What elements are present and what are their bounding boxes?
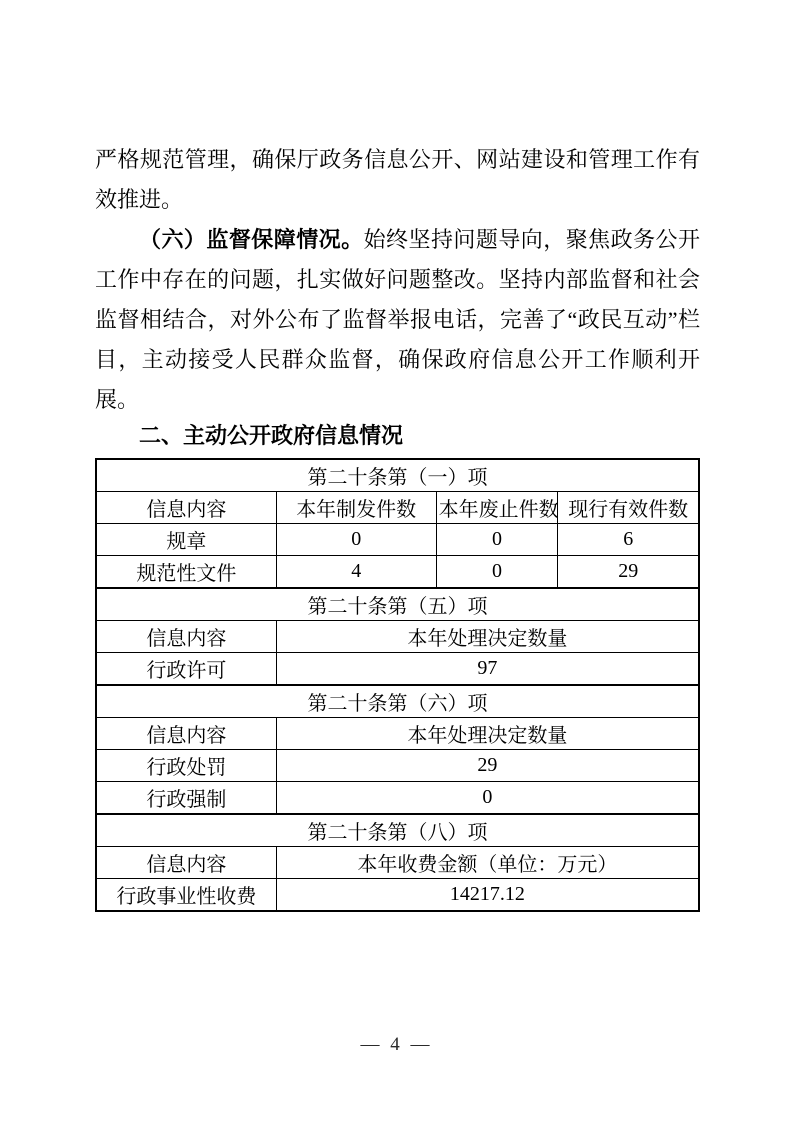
table-cell: 6: [558, 524, 699, 556]
table-cell: 4: [276, 556, 436, 589]
table-row: 信息内容 本年处理决定数量: [96, 621, 699, 653]
table-row: 第二十条第（六）项: [96, 685, 699, 718]
table-header-cell: 本年处理决定数量: [276, 621, 699, 653]
table-cell: 行政强制: [96, 782, 276, 815]
table-header-cell: 本年收费金额（单位：万元）: [276, 847, 699, 879]
table-header-cell: 信息内容: [96, 621, 276, 653]
table-cell: 规范性文件: [96, 556, 276, 589]
table-header-cell: 信息内容: [96, 847, 276, 879]
table-row: 第二十条第（八）项: [96, 814, 699, 847]
document-body: 严格规范管理，确保厅政务信息公开、网站建设和管理工作有效推进。 （六）监督保障情…: [95, 140, 700, 912]
table-section-title: 第二十条第（一）项: [96, 459, 699, 492]
table-cell: 29: [276, 750, 699, 782]
table-row: 行政处罚 29: [96, 750, 699, 782]
table-row: 信息内容 本年收费金额（单位：万元）: [96, 847, 699, 879]
table-cell: 29: [558, 556, 699, 589]
table-header-cell: 本年制发件数: [276, 492, 436, 524]
table-cell: 行政处罚: [96, 750, 276, 782]
table-row: 行政强制 0: [96, 782, 699, 815]
paragraph-text: 始终坚持问题导向，聚焦政务公开工作中存在的问题，扎实做好问题整改。坚持内部监督和…: [95, 227, 700, 412]
table-header-cell: 信息内容: [96, 718, 276, 750]
table-row: 第二十条第（一）项: [96, 459, 699, 492]
table-cell: 14217.12: [276, 879, 699, 912]
table-row: 规章 0 0 6: [96, 524, 699, 556]
table-cell: 97: [276, 653, 699, 686]
table-section-title: 第二十条第（五）项: [96, 588, 699, 621]
body-paragraph-continuation: 严格规范管理，确保厅政务信息公开、网站建设和管理工作有效推进。: [95, 140, 700, 220]
table-cell: 0: [276, 782, 699, 815]
table-cell: 行政许可: [96, 653, 276, 686]
table-cell: 行政事业性收费: [96, 879, 276, 912]
page-number: — 4 —: [0, 1034, 793, 1056]
table-header-cell: 本年废止件数: [436, 492, 558, 524]
table-cell: 0: [436, 524, 558, 556]
table-header-cell: 本年处理决定数量: [276, 718, 699, 750]
paragraph-bold-lead: （六）监督保障情况。: [139, 227, 364, 252]
table-cell: 0: [276, 524, 436, 556]
table-header-cell: 信息内容: [96, 492, 276, 524]
table-row: 规范性文件 4 0 29: [96, 556, 699, 589]
table-row: 行政许可 97: [96, 653, 699, 686]
table-header-cell: 现行有效件数: [558, 492, 699, 524]
table-row: 信息内容 本年处理决定数量: [96, 718, 699, 750]
body-paragraph-supervision: （六）监督保障情况。始终坚持问题导向，聚焦政务公开工作中存在的问题，扎实做好问题…: [95, 220, 700, 420]
table-row: 行政事业性收费 14217.12: [96, 879, 699, 912]
table-row: 信息内容 本年制发件数 本年废止件数 现行有效件数: [96, 492, 699, 524]
table-row: 第二十条第（五）项: [96, 588, 699, 621]
government-info-table: 第二十条第（一）项 信息内容 本年制发件数 本年废止件数 现行有效件数 规章 0…: [95, 458, 700, 912]
table-section-title: 第二十条第（六）项: [96, 685, 699, 718]
table-section-title: 第二十条第（八）项: [96, 814, 699, 847]
table-cell: 规章: [96, 524, 276, 556]
section-heading: 二、主动公开政府信息情况: [95, 420, 700, 452]
document-page: 严格规范管理，确保厅政务信息公开、网站建设和管理工作有效推进。 （六）监督保障情…: [0, 0, 793, 1122]
table-cell: 0: [436, 556, 558, 589]
